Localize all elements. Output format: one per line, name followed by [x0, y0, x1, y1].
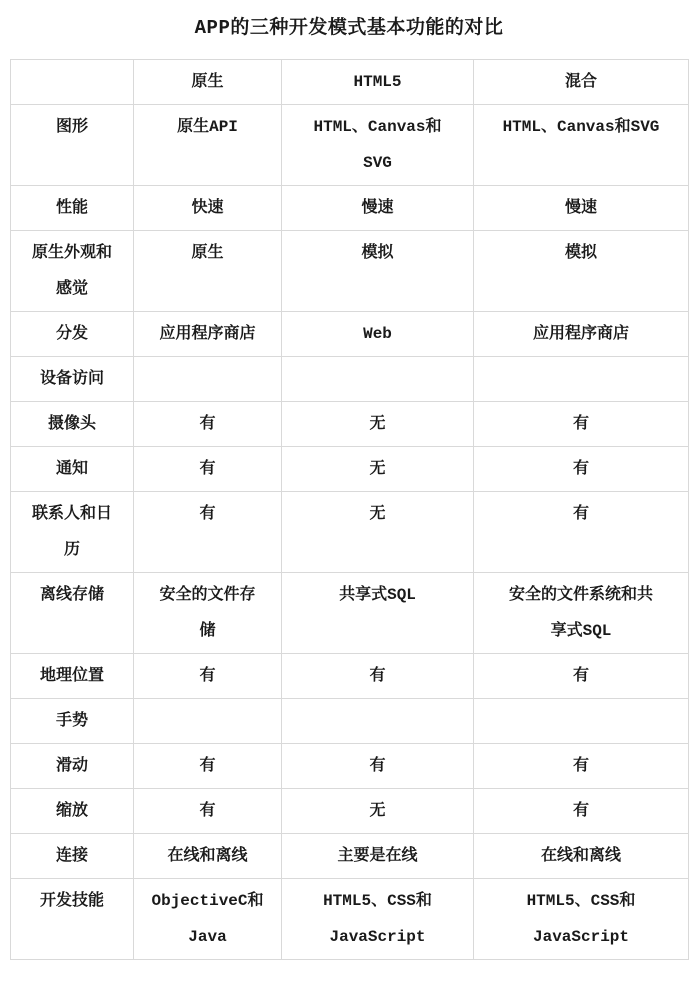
- table-row: 滑动 有 有 有: [11, 744, 689, 789]
- table-cell: [134, 357, 282, 402]
- table-cell: 有: [134, 447, 282, 492]
- row-header-cell: 离线存储: [11, 573, 134, 654]
- table-row: 联系人和日 历 有 无 有: [11, 492, 689, 573]
- table-cell: 应用程序商店: [134, 312, 282, 357]
- table-row: 手势: [11, 699, 689, 744]
- header-cell-html5: HTML5: [282, 60, 474, 105]
- table-row: 摄像头 有 无 有: [11, 402, 689, 447]
- table-cell: 慢速: [474, 186, 689, 231]
- table-header-row: 原生 HTML5 混合: [11, 60, 689, 105]
- table-cell: 快速: [134, 186, 282, 231]
- table-cell: HTML、Canvas和 SVG: [282, 105, 474, 186]
- table-cell: ObjectiveC和 Java: [134, 879, 282, 960]
- table-cell: 模拟: [474, 231, 689, 312]
- header-cell-native: 原生: [134, 60, 282, 105]
- table-cell: 安全的文件存 储: [134, 573, 282, 654]
- table-row: 连接 在线和离线 主要是在线 在线和离线: [11, 834, 689, 879]
- table-cell: 有: [282, 744, 474, 789]
- header-cell-blank: [11, 60, 134, 105]
- table-cell: 在线和离线: [474, 834, 689, 879]
- table-row: 性能 快速 慢速 慢速: [11, 186, 689, 231]
- table-cell: 在线和离线: [134, 834, 282, 879]
- table-cell: HTML5、CSS和 JavaScript: [474, 879, 689, 960]
- table-cell: 主要是在线: [282, 834, 474, 879]
- table-cell: 有: [474, 447, 689, 492]
- table-cell: 有: [474, 492, 689, 573]
- row-header-cell: 性能: [11, 186, 134, 231]
- header-cell-hybrid: 混合: [474, 60, 689, 105]
- row-header-cell: 图形: [11, 105, 134, 186]
- table-cell: 无: [282, 789, 474, 834]
- table-cell: 有: [474, 789, 689, 834]
- table-cell: 有: [134, 744, 282, 789]
- table-cell: HTML5、CSS和 JavaScript: [282, 879, 474, 960]
- row-header-cell: 分发: [11, 312, 134, 357]
- row-header-cell: 手势: [11, 699, 134, 744]
- table-row: 开发技能 ObjectiveC和 Java HTML5、CSS和 JavaScr…: [11, 879, 689, 960]
- table-cell: 有: [474, 744, 689, 789]
- table-cell: 无: [282, 492, 474, 573]
- table-cell: 共享式SQL: [282, 573, 474, 654]
- table-cell: 慢速: [282, 186, 474, 231]
- table-cell: [474, 699, 689, 744]
- table-row: 设备访问: [11, 357, 689, 402]
- row-header-cell: 摄像头: [11, 402, 134, 447]
- table-row: 缩放 有 无 有: [11, 789, 689, 834]
- table-cell: 有: [474, 654, 689, 699]
- table-row: 原生外观和 感觉 原生 模拟 模拟: [11, 231, 689, 312]
- table-cell: 有: [134, 789, 282, 834]
- row-header-cell: 缩放: [11, 789, 134, 834]
- row-header-cell: 开发技能: [11, 879, 134, 960]
- page-title: APP的三种开发模式基本功能的对比: [0, 15, 698, 41]
- row-header-cell: 通知: [11, 447, 134, 492]
- row-header-cell: 滑动: [11, 744, 134, 789]
- table-row: 离线存储 安全的文件存 储 共享式SQL 安全的文件系统和共 享式SQL: [11, 573, 689, 654]
- table-cell: 无: [282, 447, 474, 492]
- table-cell: 原生: [134, 231, 282, 312]
- table-cell: 有: [134, 654, 282, 699]
- table-cell: 无: [282, 402, 474, 447]
- table-row: 地理位置 有 有 有: [11, 654, 689, 699]
- row-header-cell: 联系人和日 历: [11, 492, 134, 573]
- table-cell: [282, 699, 474, 744]
- table-row: 通知 有 无 有: [11, 447, 689, 492]
- comparison-table: 原生 HTML5 混合 图形 原生API HTML、Canvas和 SVG HT…: [10, 59, 689, 960]
- table-cell: [282, 357, 474, 402]
- table-cell: 原生API: [134, 105, 282, 186]
- row-header-cell: 设备访问: [11, 357, 134, 402]
- table-cell: [134, 699, 282, 744]
- table-cell: 有: [134, 402, 282, 447]
- table-row: 分发 应用程序商店 Web 应用程序商店: [11, 312, 689, 357]
- table-row: 图形 原生API HTML、Canvas和 SVG HTML、Canvas和SV…: [11, 105, 689, 186]
- row-header-cell: 原生外观和 感觉: [11, 231, 134, 312]
- table-cell: 应用程序商店: [474, 312, 689, 357]
- document-page: APP的三种开发模式基本功能的对比 原生 HTML5 混合 图形 原生API H…: [0, 0, 698, 990]
- table-cell: 模拟: [282, 231, 474, 312]
- table-cell: 有: [282, 654, 474, 699]
- row-header-cell: 连接: [11, 834, 134, 879]
- row-header-cell: 地理位置: [11, 654, 134, 699]
- table-cell: 安全的文件系统和共 享式SQL: [474, 573, 689, 654]
- table-cell: HTML、Canvas和SVG: [474, 105, 689, 186]
- table-cell: Web: [282, 312, 474, 357]
- table-cell: 有: [134, 492, 282, 573]
- table-cell: [474, 357, 689, 402]
- table-cell: 有: [474, 402, 689, 447]
